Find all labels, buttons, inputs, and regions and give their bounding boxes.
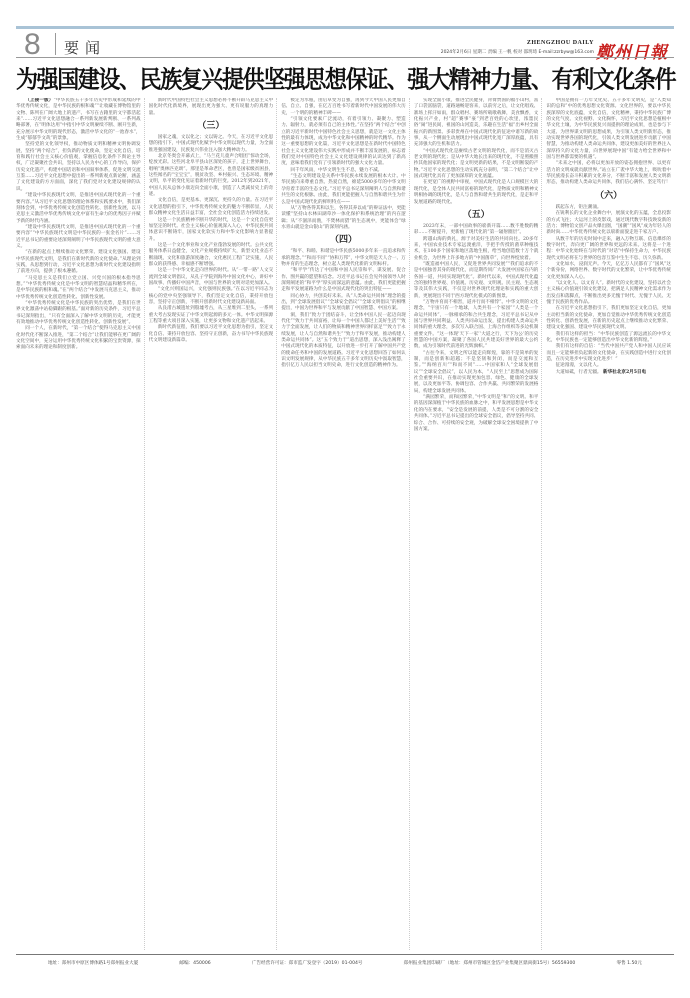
article-paragraph: “文化兴则国运兴，文化强则民族强。”在以习近平同志为核心的党中央坚强领导下，我们… bbox=[149, 287, 274, 306]
masthead-divider bbox=[55, 33, 56, 55]
article-paragraph: “建设中华民族现代文明，是推进中国式现代化的一个重要内容”“中华民族现代文明是中… bbox=[16, 225, 141, 250]
paragraph-text: “未来之中国，必将以更加开放的姿态拥抱世界、以更有活力的文明成就贡献世界。”站立… bbox=[546, 161, 671, 185]
article-paragraph: “中国式现代化是赓续古老文明的现代化，而不是消灭古老文明的现代化；是从中华大地长… bbox=[414, 149, 539, 181]
article-paragraph: “既造福中国人民，又促进世界共同发展”“我们追求的不是中国独善其身的现代化，而是… bbox=[414, 262, 539, 300]
paragraph-text: 新时代新征程，我们要以习近平文化思想为指引，坚定文化自信、秉持开放包容、坚持守正… bbox=[149, 325, 274, 343]
section-subheading: （三） bbox=[149, 119, 274, 133]
paragraph-text: “古往今来，文明之所以能走向辉煌，靠的不是简单的复制，而是创新和超越；不是坚韧和… bbox=[414, 351, 539, 394]
article-paragraph: “马克思主义是我们立党立国、兴党兴国的根本指导思想。”“中华优秀传统文化是中华文… bbox=[16, 276, 141, 301]
article-column: 新时代中国特色社会主义思想必将不断开辟马克思主义中国化时代化新境界，展现出更为强… bbox=[149, 98, 278, 950]
article-paragraph: 这是一个中华文化走向世界的时代。从“一带一路”人文交流到全球文明倡议，从孔子学院… bbox=[149, 268, 274, 287]
dateline: 2024年2月6日 星期二 责编 王一帆 校对 邵玥琦 E-mail:zzrby… bbox=[441, 49, 594, 55]
masthead-rule bbox=[16, 57, 674, 58]
article-paragraph: 洞，我们“致力于团结奋斗，让全体中国人民一起迈向现代化”“致力于共同富裕，让每一… bbox=[281, 313, 406, 370]
article-paragraph: “满园繁荣，而和园繁荣，”中华文明是“和”的文明。和平的基因深深植于中华民族的血… bbox=[414, 395, 539, 433]
article-paragraph: 坚持党的文化领导权，推动物质文明和精神文明协调发展，坚持“两个结合”，担负新的文… bbox=[16, 142, 141, 193]
page-number: 8 bbox=[24, 30, 41, 60]
section-subheading: （六） bbox=[546, 189, 671, 203]
paragraph-text: “建设中华民族现代文明，是推进中国式现代化的一个重要内容。”从习近平文化思想的理… bbox=[16, 193, 141, 223]
article-paragraph: 跨越山海的典礼，源于对美好生活的共同向往。20多年来，中国农业技术专家远渡重洋，… bbox=[414, 237, 539, 262]
article-paragraph: 从“万物各得其和以生，各得其养以成”的辩证法中，更能读懂“坚持山水林田湖草沙一体… bbox=[281, 206, 406, 231]
article-paragraph: 从良渚古城遗址到殷墟考古，从三星堆到二里头，一系列重大考古发现实证了中华文明起源… bbox=[149, 306, 274, 325]
paragraph-text: “和平学”传达了中国和中国人民崇和平、谋发展、促合作、图共赢的愿望和信念。习近平… bbox=[281, 268, 406, 292]
article-paragraph: 同一个人，在新时代，“第一个结合”使得马克思主义中国化时代化不断深入推进，“第二… bbox=[16, 326, 141, 351]
article-paragraph: 新时代新征程，我们要以习近平文化思想为指引，坚定文化自信、秉持开放包容、坚持守正… bbox=[149, 325, 274, 344]
paragraph-text: “生态文明建设是关系中华民族永续发展的根本大计。中华民族向来尊重自然、热爱自然，… bbox=[281, 174, 406, 204]
article-paragraph: （上接一版）“中华民族五千多年历史中形成和延续的中华优秀传统文化，是中华民族的根… bbox=[16, 98, 141, 142]
footer-printer: 郑州报业集团印刷厂（地址：郑州市管城区金岱产业集聚区鼎尚街15号）5655930… bbox=[404, 960, 576, 966]
article-paragraph: 在习近平文化思想指引下，我们更加坚定文化自信，更加主动担当新的文化使命，更加自觉… bbox=[546, 306, 671, 331]
paragraph-text: 这是一个民族精神不断升华的时代，这是一个文化自信更加坚定的时代。社会主义核心价值… bbox=[149, 218, 274, 242]
paragraph-text: 在锐利长的文化企业舞台中，展演文化的五蕴，全息投影的方式飞往；大运河上的皮影戏，… bbox=[546, 211, 671, 235]
paragraph-text: 从数千年的历史时间中走来，融入万物互联、信息爆炸的数字时代，奔向更广阔的世界和更… bbox=[546, 237, 671, 261]
article-body: （上接一版）“中华民族五千多年历史中形成和延续的中华优秀传统文化，是中华民族的根… bbox=[16, 98, 674, 950]
paragraph-text: 2023年末，一部中国故事的崭新开篇……数不胜数的精彩……不断提升，更新植了现代… bbox=[414, 224, 539, 235]
article-paragraph: “建设中华民族现代文明，是推进中国式现代化的一个重要内容。”从习近平文化思想的理… bbox=[16, 193, 141, 225]
article-paragraph: 文化如水，浸润无声。今天，亿亿万人民都有了“国风”这个新身份，网络世界、数字时代… bbox=[546, 262, 671, 281]
article-paragraph: 从数千年的历史时间中走来，融入万物互联、信息爆炸的数字时代，奔向更广阔的世界和更… bbox=[546, 237, 671, 262]
article-paragraph: 国家之魂，文以化之；文以铸之。今天，在习近平文化思想的指引下，中国式现代化赋予中… bbox=[149, 135, 274, 154]
paper-logo: 鄭州日報 bbox=[596, 38, 668, 63]
byline: 新华社北京2月5日电 bbox=[603, 370, 646, 375]
paper-name-en: ZHENGZHOU DAILY bbox=[527, 40, 594, 46]
paragraph-text: “建设中华民族现代文明，是推进中国式现代化的一个重要内容”“中华民族现代文明是中… bbox=[16, 225, 141, 249]
article-paragraph: “以文化人、以文育人”。新时代的文化建设，坚持以社会主义核心价值观引领文化建设，… bbox=[546, 281, 671, 306]
paragraph-text: “文化兴则国运兴，文化强则民族强。”在以习近平同志为核心的党中央坚强领导下，我们… bbox=[149, 287, 274, 305]
paragraph-text: 我们有这样的自信：“当代中国共产党人和中国人民应该而且一定能够担负起新的文化使命… bbox=[546, 344, 671, 362]
article-paragraph: 同心协力，共创美好未来。从“人类命运共同体”理念的提出，到“全球发展倡议”“全球… bbox=[281, 294, 406, 313]
paragraph-text: 被定为水瓶，由后草变为自强，再到今天中国人民更加自信、自立、自强，在亿万百姓书写… bbox=[281, 98, 406, 116]
paragraph-text: 文化如水，浸润无声。今天，亿亿万人民都有了“国风”这个新身份，网络世界、数字时代… bbox=[546, 262, 671, 280]
article-paragraph: 新时代中国特色社会主义思想必将不断开辟马克思主义中国化时代化新境界，展现出更为强… bbox=[149, 98, 274, 117]
article-paragraph: 北京冬奥会开幕式上，“马兰花儿童声合唱团”惊动全场，绽放光彩。这些河北阜平县山区… bbox=[149, 154, 274, 198]
article-paragraph: “生态文明建设是关系中华民族永续发展的根本大计。中华民族向来尊重自然、热爱自然，… bbox=[281, 174, 406, 206]
masthead-band bbox=[16, 26, 674, 29]
section-subheading: （四） bbox=[281, 233, 406, 247]
article-paragraph: 中国是拥有一万年文化史、五千多年文明史，是“人类知识的总和”中的优秀思想文化资源… bbox=[546, 98, 671, 161]
paragraph-text: 北京冬奥会开幕式上，“马兰花儿童声合唱团”惊动全场，绽放光彩。这些河北阜平县山区… bbox=[149, 154, 274, 197]
footer-price: 零售 1.50元 bbox=[616, 960, 641, 966]
footer-postcode: 邮编：450006 bbox=[179, 960, 210, 966]
paragraph-text: “马克思主义是我们立党立国、兴党兴国的根本指导思想。”“中华优秀传统文化是中华文… bbox=[16, 276, 141, 300]
paragraph-text: “引领文化要素广泛流动，有着引领力、凝聚力、塑造力、辐射力，就必须有自己的主体性… bbox=[281, 117, 406, 166]
article-paragraph: “和平、和睦、和谐是中华民族5000多年来一直追求和传承的理念。”“和而不同”“… bbox=[281, 249, 406, 268]
footer-rule bbox=[16, 954, 674, 955]
paragraph-text: 国家之魂，文以化之；文以铸之。今天，在习近平文化思想的指引下，中国式现代化赋予中… bbox=[149, 135, 274, 153]
paragraph-text: “中国式现代化是赓续古老文明的现代化，而不是消灭古老文明的现代化；是从中华大地长… bbox=[414, 149, 539, 179]
paragraph-text: 新时代中国特色社会主义思想必将不断开辟马克思主义中国化时代化新境界，展现出更为强… bbox=[149, 98, 274, 116]
continued-from-label: （上接一版） bbox=[25, 98, 53, 103]
footer-ad-license: 广告经营许可证：郑市监广发登字（2019）01-004号 bbox=[252, 960, 363, 966]
paragraph-text: 从“万物各得其和以生，各得其养以成”的辩证法中，更能读懂“坚持山水林田湖草沙一体… bbox=[281, 206, 406, 230]
article-paragraph: “万物并育而不相害，道并行而不相悖”。中华文明的文化理念，“宇宙只有一个地球，人… bbox=[414, 300, 539, 351]
article-column: 中国是拥有一万年文化史、五千多年文明史，是“人类知识的总和”中的优秀思想文化资源… bbox=[546, 98, 674, 950]
article-column: （上接一版）“中华民族五千多年历史中形成和延续的中华优秀传统文化，是中华民族的根… bbox=[16, 98, 145, 950]
paragraph-text: 同一个人，在新时代，“第一个结合”使得马克思主义中国化时代化不断深入推进，“第二… bbox=[16, 326, 141, 350]
paragraph-text: “满园繁荣，而和园繁荣，”中华文明是“和”的文明。和平的基因深深植于中华民族的血… bbox=[414, 395, 539, 432]
article-paragraph: 大道如砥，行者无疆。 新华社北京2月5日电 bbox=[546, 370, 671, 376]
paragraph-text: 大道如砥，行者无疆。 bbox=[556, 370, 602, 375]
footer: 地址：郑州市中原区博体路1号郑州报业大厦 邮编：450006 广告经营许可证：郑… bbox=[48, 960, 642, 966]
article-paragraph: 在锐利长的文化企业舞台中，展演文化的五蕴，全息投影的方式飞往；大运河上的皮影戏，… bbox=[546, 211, 671, 236]
article-paragraph: “中华优秀传统文化是中华民族的突出优势，是我们在世界文化激荡中站稳脚跟的根基。”… bbox=[16, 301, 141, 326]
article-paragraph: 2023年末，一部中国故事的崭新开篇……数不胜数的精彩……不断提升，更新植了现代… bbox=[414, 224, 539, 237]
paragraph-text: “以文化人、以文育人”。新时代的文化建设，坚持以社会主义核心价值观引领文化建设，… bbox=[546, 281, 671, 305]
paragraph-text: 跃起东方，钜注潮涌。 bbox=[556, 205, 602, 210]
article-paragraph: 实现全面小康，推进全民健身，背倚贾国的福小山村，富了口袋富脑袋，道路通畅迎客来，… bbox=[414, 98, 539, 149]
paragraph-text: 从良渚古城遗址到殷墟考古，从三星堆到二里头，一系列重大考古发现实证了中华文明起源… bbox=[149, 306, 274, 324]
article-column: 实现全面小康，推进全民健身，背倚贾国的福小山村，富了口袋富脑袋，道路通畅迎客来，… bbox=[414, 98, 543, 950]
paragraph-text: 征途漫漫，文以化人。 bbox=[556, 363, 602, 368]
article-paragraph: 这是一个文化事业和文化产业蓬勃发展的时代。公共文化服务体系日益健全，文化产业规模… bbox=[149, 243, 274, 268]
article-paragraph: “古往今来，文明之所以能走向辉煌，靠的不是简单的复制，而是创新和超越；不是坚韧和… bbox=[414, 351, 539, 395]
article-paragraph: 我们有这样的担当：“中华民族创造了源远流长的中华文化，中华民族也一定能够创造出中… bbox=[546, 332, 671, 345]
article-paragraph: “引领文化要素广泛流动，有着引领力、凝聚力、塑造力、辐射力，就必须有自己的主体性… bbox=[281, 117, 406, 168]
section-subheading: （五） bbox=[414, 208, 539, 222]
paragraph-text: “中华优秀传统文化是中华民族的突出优势，是我们在世界文化激荡中站稳脚跟的根基。”… bbox=[16, 301, 141, 325]
article-paragraph: “和平学”传达了中国和中国人民崇和平、谋发展、促合作、图共赢的愿望和信念。习近平… bbox=[281, 268, 406, 293]
paragraph-text: 同心协力，共创美好未来。从“人类命运共同体”理念的提出，到“全球发展倡议”“全球… bbox=[281, 294, 406, 312]
article-paragraph: 这是一个民族精神不断升华的时代，这是一个文化自信更加坚定的时代。社会主义核心价值… bbox=[149, 218, 274, 243]
article-paragraph: 文化自信，是更基本、更深沉、更持久的力量。在习近平文化思想的指引下，中华优秀传统… bbox=[149, 198, 274, 217]
paragraph-text: “和平、和睦、和谐是中华民族5000多年来一直追求和传承的理念。”“和而不同”“… bbox=[281, 249, 406, 267]
paragraph-text: “既造福中国人民，又促进世界共同发展”“我们追求的不是中国独善其身的现代化，而是… bbox=[414, 262, 539, 299]
paragraph-text: “中华民族五千多年历史中形成和延续的中华优秀传统文化，是中华民族的根和魂”“让收… bbox=[16, 98, 141, 141]
article-paragraph: “未来之中国，必将以更加开放的姿态拥抱世界、以更有活力的文明成就贡献世界。”站立… bbox=[546, 161, 671, 186]
article-column: 被定为水瓶，由后草变为自强，再到今天中国人民更加自信、自立、自强，在亿万百姓书写… bbox=[281, 98, 410, 950]
paragraph-text: “万物并育而不相害，道并行而不相悖”。中华文明的文化理念，“宇宙只有一个地球，人… bbox=[414, 300, 539, 349]
headline: 为强国建设、民族复兴提供坚强思想保证、强大精神力量、有利文化条件 bbox=[16, 66, 674, 96]
footer-address: 地址：郑州市中原区博体路1号郑州报业大厦 bbox=[48, 960, 138, 966]
article-paragraph: 被定为水瓶，由后草变为自强，再到今天中国人民更加自信、自立、自强，在亿万百姓书写… bbox=[281, 98, 406, 117]
article-paragraph: “在新的起点上继续推动文化繁荣、建设文化强国、建设中华民族现代文明，是我们在新时… bbox=[16, 250, 141, 275]
paragraph-text: 实现全面小康，推进全民健身，背倚贾国的福小山村，富了口袋富脑袋，道路通畅迎客来，… bbox=[414, 98, 539, 147]
paragraph-text: 这是一个中华文化走向世界的时代。从“一带一路”人文交流到全球文明倡议，从孔子学院… bbox=[149, 268, 274, 286]
paragraph-text: 文化自信，是更基本、更深沉、更持久的力量。在习近平文化思想的指引下，中华优秀传统… bbox=[149, 198, 274, 216]
article-paragraph: 我们有这样的自信：“当代中国共产党人和中国人民应该而且一定能够担负起新的文化使命… bbox=[546, 344, 671, 363]
paragraph-text: 这是一个文化事业和文化产业蓬勃发展的时代。公共文化服务体系日益健全，文化产业规模… bbox=[149, 243, 274, 267]
paragraph-text: 洞，我们“致力于团结奋斗，让全体中国人民一起迈向现代化”“致力于共同富裕，让每一… bbox=[281, 313, 406, 369]
article-paragraph: 在更宽广的视野中审视，中国式现代化是人口规模巨大的现代化，是全体人民共同富裕的现… bbox=[414, 180, 539, 205]
paragraph-text: 在更宽广的视野中审视，中国式现代化是人口规模巨大的现代化，是全体人民共同富裕的现… bbox=[414, 180, 539, 204]
paragraph-text: 坚持党的文化领导权，推动物质文明和精神文明协调发展，坚持“两个结合”，担负新的文… bbox=[16, 142, 141, 191]
paragraph-text: 跨越山海的典礼，源于对美好生活的共同向往。20多年来，中国农业技术专家远渡重洋，… bbox=[414, 237, 539, 261]
paragraph-text: 在习近平文化思想指引下，我们更加坚定文化自信，更加主动担当新的文化使命，更加自觉… bbox=[546, 306, 671, 330]
paragraph-text: 我们有这样的担当：“中华民族创造了源远流长的中华文化，中华民族也一定能够创造出中… bbox=[546, 332, 671, 343]
paragraph-text: 回千年风雨，中华文明生生不息，魅力不减。 bbox=[290, 168, 382, 173]
paragraph-text: 中国是拥有一万年文化史、五千多年文明史，是“人类知识的总和”中的优秀思想文化资源… bbox=[546, 98, 671, 160]
section-name: 要闻 bbox=[64, 37, 106, 58]
paragraph-text: “在新的起点上继续推动文化繁荣、建设文化强国、建设中华民族现代文明，是我们在新时… bbox=[16, 250, 141, 274]
